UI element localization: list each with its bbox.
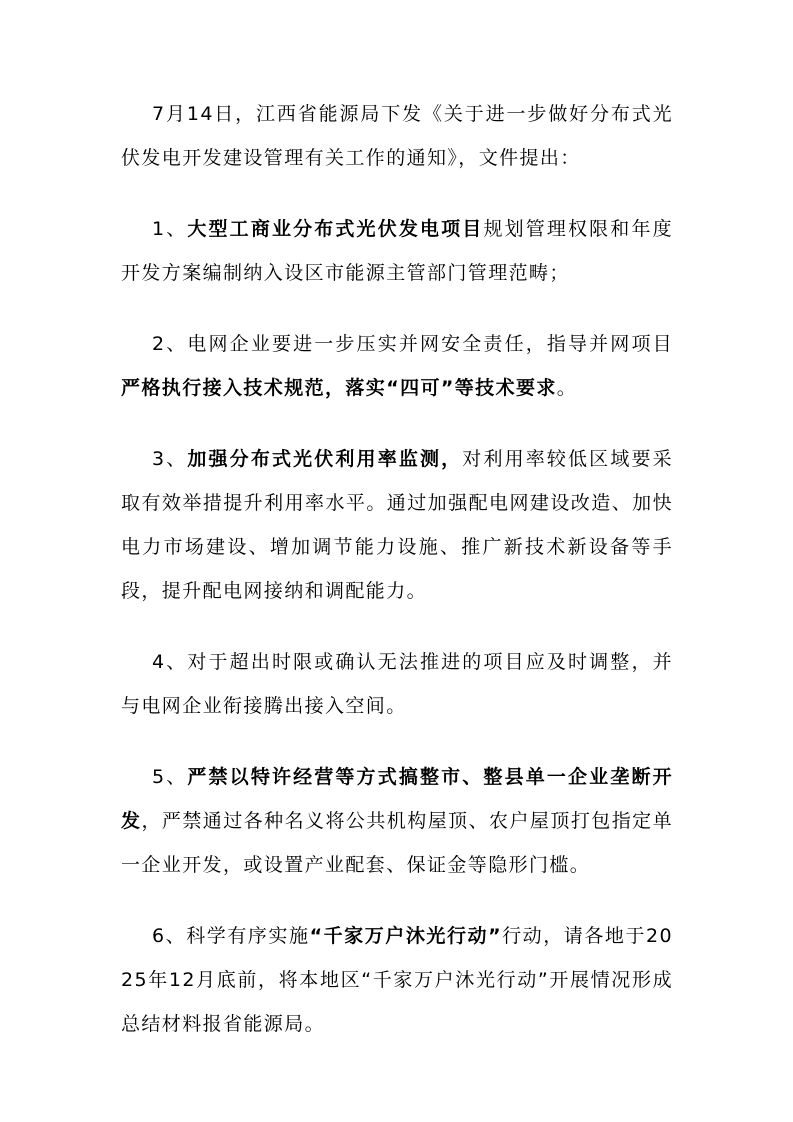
text-segment: 2、电网企业要进一步压实并网安全责任，指导并网项目 [152,333,673,355]
item-number: 1、 [152,218,187,240]
bold-emphasis: 加强分布式光伏利用率监测， [187,448,462,470]
item-number: 3、 [152,448,187,470]
bold-emphasis: 严格执行接入技术规范，落实“四可”等技术要求 [121,377,557,399]
item-number: 5、 [152,766,187,788]
bold-emphasis: “千家万户沐光行动” [310,925,502,947]
text-segment: 6、科学有序实施 [152,925,310,947]
paragraph-intro: 7月14日，江西省能源局下发《关于进一步做好分布式光伏发电开发建设管理有关工作的… [121,92,673,180]
text-segment: 对利用率较低区域要采取有效举措提升利用率水平。通过加强配电网建设改造、加快电力市… [121,448,673,602]
bold-emphasis: 大型工商业分布式光伏发电项目 [187,218,483,240]
text-segment: 。 [557,377,577,399]
paragraph-item-1: 1、大型工商业分布式光伏发电项目规划管理权限和年度开发方案编制纳入设区市能源主管… [121,207,673,295]
paragraph-item-6: 6、科学有序实施“千家万户沐光行动”行动，请各地于2025年12月底前，将本地区… [121,914,673,1046]
text-segment: 4、对于超出时限或确认无法推进的项目应及时调整，并与电网企业衔接腾出接入空间。 [121,651,673,717]
paragraph-item-5: 5、严禁以特许经营等方式搞整市、整县单一企业垄断开发，严禁通过各种名义将公共机构… [121,755,673,887]
text-segment: 7月14日，江西省能源局下发《关于进一步做好分布式光伏发电开发建设管理有关工作的… [121,103,673,169]
document-page: 7月14日，江西省能源局下发《关于进一步做好分布式光伏发电开发建设管理有关工作的… [121,92,673,1073]
paragraph-item-2: 2、电网企业要进一步压实并网安全责任，指导并网项目严格执行接入技术规范，落实“四… [121,322,673,410]
paragraph-item-4: 4、对于超出时限或确认无法推进的项目应及时调整，并与电网企业衔接腾出接入空间。 [121,640,673,728]
text-segment: ，严禁通过各种名义将公共机构屋顶、农户屋顶打包指定单一企业开发，或设置产业配套、… [121,810,673,876]
paragraph-item-3: 3、加强分布式光伏利用率监测，对利用率较低区域要采取有效举措提升利用率水平。通过… [121,437,673,613]
